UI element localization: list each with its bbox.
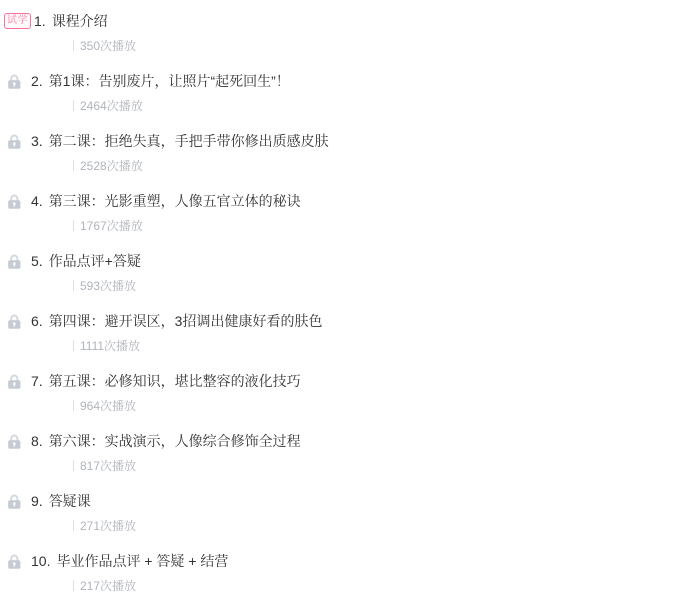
lesson-title: 第二课：拒绝失真，手把手带你修出质感皮肤 — [49, 131, 329, 151]
play-count: 271次播放 — [80, 517, 136, 534]
play-count-divider — [73, 160, 74, 171]
lesson-title: 答疑课 — [49, 491, 91, 511]
play-count: 593次播放 — [80, 277, 136, 294]
lesson-number: 2. — [31, 71, 43, 91]
lock-icon — [7, 253, 22, 270]
lock-icon — [7, 133, 22, 150]
play-count: 2528次播放 — [80, 157, 143, 174]
lesson-row-10[interactable]: 10. 毕业作品点评 + 答疑 + 结营 217次播放 — [4, 550, 693, 605]
play-count-divider — [73, 400, 74, 411]
play-count: 1767次播放 — [80, 217, 143, 234]
lesson-title: 第六课：实战演示，人像综合修饰全过程 — [49, 431, 301, 451]
play-count: 217次播放 — [80, 577, 136, 594]
lesson-title: 课程介绍 — [52, 11, 108, 31]
play-count: 1111次播放 — [80, 337, 140, 354]
course-catalog-panel: 试学 1. 课程介绍 350次播放 2. 第1课：告别废片，让照片“起死回生”！… — [0, 0, 693, 605]
lesson-title: 第四课：避开误区，3招调出健康好看的肤色 — [49, 311, 323, 331]
play-count: 964次播放 — [80, 397, 136, 414]
lesson-title: 第1课：告别废片，让照片“起死回生”！ — [49, 71, 290, 91]
lesson-row-1[interactable]: 试学 1. 课程介绍 350次播放 — [4, 10, 693, 70]
lesson-number: 6. — [31, 311, 43, 331]
lock-icon — [7, 313, 22, 330]
lesson-row-2[interactable]: 2. 第1课：告别废片，让照片“起死回生”！ 2464次播放 — [4, 70, 693, 130]
lock-icon — [7, 553, 22, 570]
lesson-number: 10. — [31, 551, 50, 571]
lock-icon — [7, 373, 22, 390]
play-count-divider — [73, 40, 74, 51]
play-count-divider — [73, 100, 74, 111]
lesson-title: 第五课：必修知识，堪比整容的液化技巧 — [49, 371, 301, 391]
lesson-row-5[interactable]: 5. 作品点评+答疑 593次播放 — [4, 250, 693, 310]
play-count-divider — [73, 520, 74, 531]
lesson-row-6[interactable]: 6. 第四课：避开误区，3招调出健康好看的肤色 1111次播放 — [4, 310, 693, 370]
lesson-row-3[interactable]: 3. 第二课：拒绝失真，手把手带你修出质感皮肤 2528次播放 — [4, 130, 693, 190]
play-count: 2464次播放 — [80, 97, 143, 114]
lesson-title: 第三课：光影重塑，人像五官立体的秘诀 — [49, 191, 301, 211]
lesson-number: 9. — [31, 491, 43, 511]
lesson-row-4[interactable]: 4. 第三课：光影重塑，人像五官立体的秘诀 1767次播放 — [4, 190, 693, 250]
lesson-list: 试学 1. 课程介绍 350次播放 2. 第1课：告别废片，让照片“起死回生”！… — [0, 0, 693, 605]
lock-icon — [7, 193, 22, 210]
lock-icon — [7, 493, 22, 510]
lesson-number: 7. — [31, 371, 43, 391]
lesson-number: 1. — [34, 11, 46, 31]
lesson-number: 5. — [31, 251, 43, 271]
lesson-row-9[interactable]: 9. 答疑课 271次播放 — [4, 490, 693, 550]
play-count-divider — [73, 460, 74, 471]
lesson-number: 8. — [31, 431, 43, 451]
lock-icon — [7, 73, 22, 90]
play-count-divider — [73, 220, 74, 231]
play-count-divider — [73, 340, 74, 351]
lesson-number: 3. — [31, 131, 43, 151]
lock-icon — [7, 433, 22, 450]
lesson-row-8[interactable]: 8. 第六课：实战演示，人像综合修饰全过程 817次播放 — [4, 430, 693, 490]
lesson-row-7[interactable]: 7. 第五课：必修知识，堪比整容的液化技巧 964次播放 — [4, 370, 693, 430]
trial-badge: 试学 — [4, 13, 31, 29]
lesson-number: 4. — [31, 191, 43, 211]
lesson-title: 作品点评+答疑 — [49, 251, 141, 271]
play-count-divider — [73, 280, 74, 291]
play-count-divider — [73, 580, 74, 591]
lesson-title: 毕业作品点评 + 答疑 + 结营 — [56, 551, 228, 571]
play-count: 350次播放 — [80, 37, 136, 54]
play-count: 817次播放 — [80, 457, 136, 474]
